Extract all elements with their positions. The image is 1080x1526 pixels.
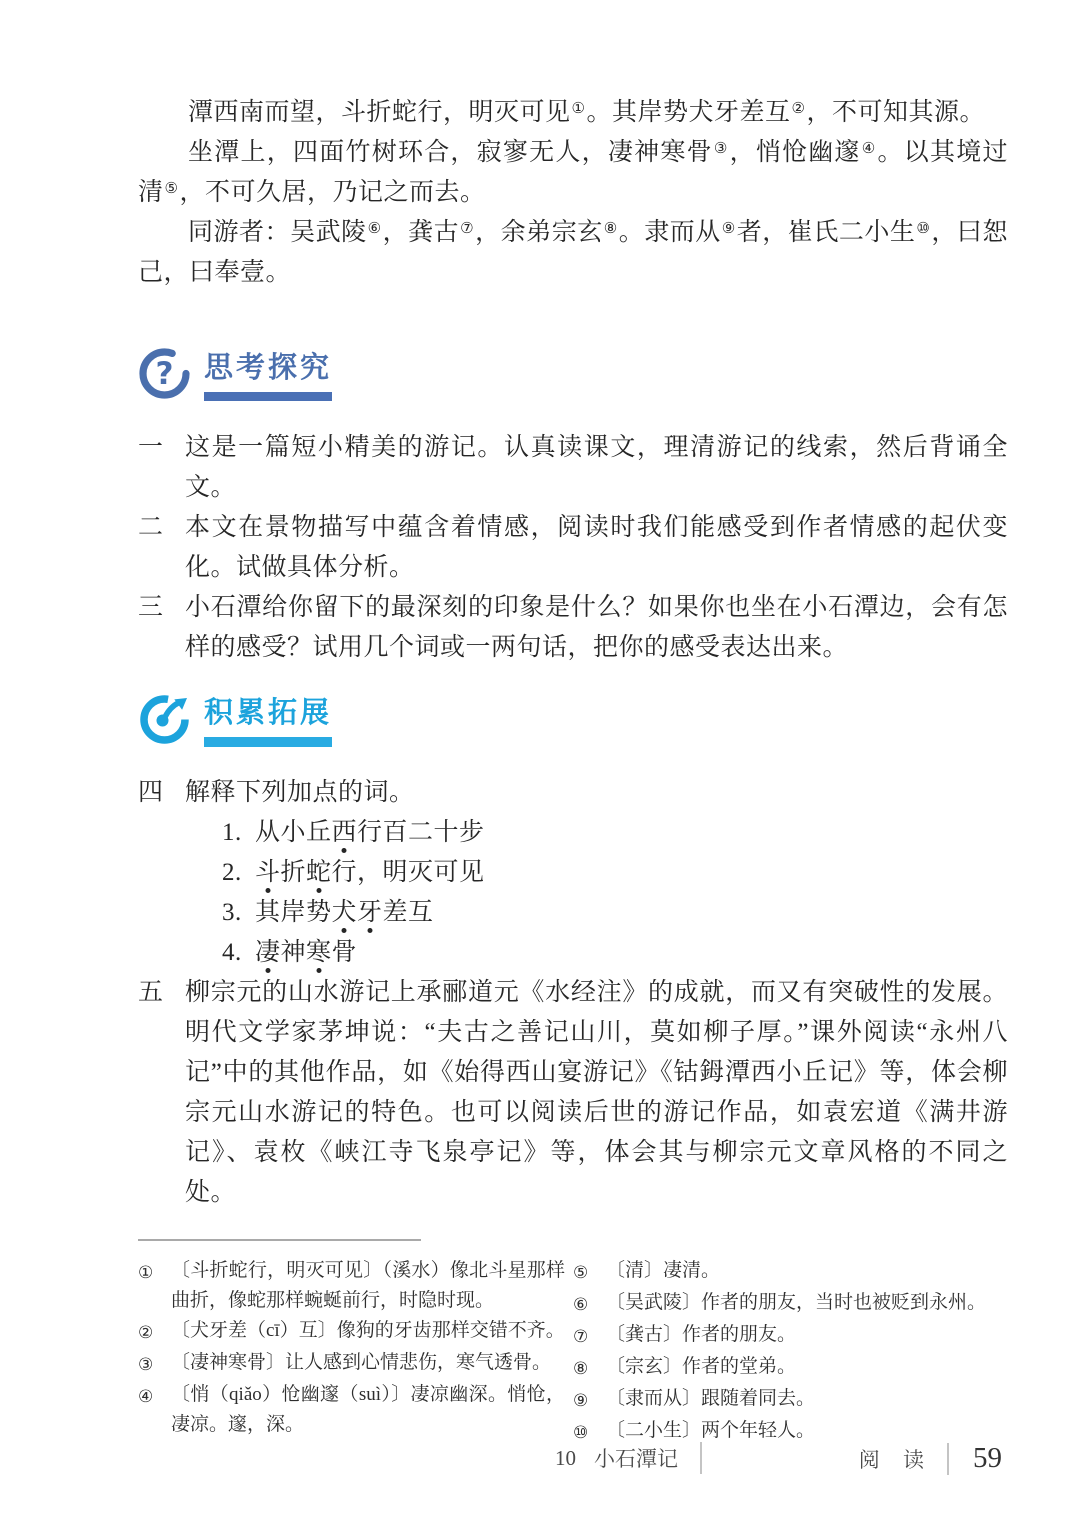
- svg-text:?: ?: [156, 356, 174, 392]
- word-item-4-num: 4.: [222, 933, 255, 973]
- word-item-2-text: 斗折蛇行，明灭可见: [255, 853, 485, 893]
- footnote-2: ② 〔犬牙差（cī）互〕像狗的牙齿那样交错不齐。: [138, 1316, 565, 1348]
- lesson-title: 小石潭记: [594, 1443, 678, 1473]
- course-paragraph-1: 潭西南而望，斗折蛇行，明灭可见①。其岸势犬牙差互②，不可知其源。: [138, 93, 1008, 133]
- expand-title-underline: [204, 737, 332, 747]
- page-footer: 10 小石潭记 阅 读 59: [138, 1440, 1008, 1486]
- question-circle-icon: ?: [138, 347, 191, 400]
- textbook-page: 潭西南而望，斗折蛇行，明灭可见①。其岸势犬牙差互②，不可知其源。 坐潭上，四面竹…: [0, 0, 1080, 1526]
- word-item-4-text: 凄神寒骨: [255, 933, 357, 973]
- expand-title-wrap: 积累拓展: [204, 692, 332, 747]
- footnote-8: ⑧ 〔宗玄〕作者的堂弟。: [573, 1352, 1008, 1384]
- think-title-wrap: 思考探究: [204, 347, 332, 401]
- question-5-text: 柳宗元的山水游记上承郦道元《水经注》的成就，而又有突破性的发展。明代文学家茅坤说…: [185, 973, 1008, 1213]
- accumulate-expand-header: 积累拓展: [138, 692, 1008, 747]
- footnote-3-text: 〔凄神寒骨〕让人感到心情悲伤，寒气透骨。: [171, 1348, 565, 1380]
- footnote-5-text: 〔清〕凄清。: [606, 1256, 1008, 1288]
- course-paragraph-2: 坐潭上，四面竹树环合，寂寥无人，凄神寒骨③，悄怆幽邃④。以其境过清⑤，不可久居，…: [138, 133, 1008, 213]
- footnote-4-text: 〔悄（qiǎo）怆幽邃（suì）〕凄凉幽深。悄怆，凄凉。邃，深。: [171, 1380, 565, 1440]
- footnote-7-num: ⑦: [573, 1320, 606, 1352]
- question-4-body: 解释下列加点的词。 1. 从小丘西行百二十步 2. 斗折蛇行，明灭可见 3. 其…: [185, 773, 1008, 973]
- question-3-label: 三: [138, 588, 185, 668]
- footnote-9: ⑨ 〔隶而从〕跟随着同去。: [573, 1384, 1008, 1416]
- word-item-3-num: 3.: [222, 893, 255, 933]
- question-4-items: 1. 从小丘西行百二十步 2. 斗折蛇行，明灭可见 3. 其岸势犬牙差互 4. …: [185, 813, 1008, 973]
- question-4: 四 解释下列加点的词。 1. 从小丘西行百二十步 2. 斗折蛇行，明灭可见 3.…: [138, 773, 1008, 973]
- footer-page-info: 阅 读 59: [859, 1442, 1002, 1475]
- question-1-text: 这是一篇短小精美的游记。认真读课文，理清游记的线索，然后背诵全文。: [185, 428, 1008, 508]
- section-think-explore: ? 思考探究 一 这是一篇短小精美的游记。认真读课文，理清游记的线索，然后背诵全…: [138, 347, 1008, 668]
- question-2-label: 二: [138, 508, 185, 588]
- section-title-expand: 积累拓展: [204, 694, 332, 732]
- footnote-7-text: 〔龚古〕作者的朋友。: [606, 1320, 1008, 1352]
- word-item-1: 1. 从小丘西行百二十步: [222, 813, 1008, 853]
- question-4-label: 四: [138, 773, 185, 973]
- question-5-label: 五: [138, 973, 185, 1213]
- footnote-1-num: ①: [138, 1256, 171, 1316]
- cycle-arrow-icon: [138, 692, 191, 745]
- word-item-2: 2. 斗折蛇行，明灭可见: [222, 853, 1008, 893]
- course-paragraph-3: 同游者：吴武陵⑥，龚古⑦，余弟宗玄⑧。隶而从⑨者，崔氏二小生⑩，曰恕己，曰奉壹。: [138, 213, 1008, 293]
- footnote-4: ④ 〔悄（qiǎo）怆幽邃（suì）〕凄凉幽深。悄怆，凄凉。邃，深。: [138, 1380, 565, 1440]
- word-item-1-num: 1.: [222, 813, 255, 853]
- think-question-list: 一 这是一篇短小精美的游记。认真读课文，理清游记的线索，然后背诵全文。 二 本文…: [138, 428, 1008, 668]
- footnote-9-num: ⑨: [573, 1384, 606, 1416]
- footer-divider-left: [700, 1442, 702, 1474]
- course-text: 潭西南而望，斗折蛇行，明灭可见①。其岸势犬牙差互②，不可知其源。 坐潭上，四面竹…: [138, 93, 1008, 293]
- footnote-4-num: ④: [138, 1380, 171, 1440]
- word-item-4: 4. 凄神寒骨: [222, 933, 1008, 973]
- question-1-label: 一: [138, 428, 185, 508]
- footnote-5-num: ⑤: [573, 1256, 606, 1288]
- question-3: 三 小石潭给你留下的最深刻的印象是什么？如果你也坐在小石潭边，会有怎样的感受？试…: [138, 588, 1008, 668]
- footnotes: ① 〔斗折蛇行，明灭可见〕（溪水）像北斗星那样曲折，像蛇那样蜿蜒前行，时隐时现。…: [138, 1239, 1008, 1448]
- footnote-2-num: ②: [138, 1316, 171, 1348]
- word-item-2-num: 2.: [222, 853, 255, 893]
- footnote-1-text: 〔斗折蛇行，明灭可见〕（溪水）像北斗星那样曲折，像蛇那样蜿蜒前行，时隐时现。: [171, 1256, 565, 1316]
- footer-divider-right: [947, 1443, 949, 1475]
- footnote-9-text: 〔隶而从〕跟随着同去。: [606, 1384, 1008, 1416]
- word-item-3: 3. 其岸势犬牙差互: [222, 893, 1008, 933]
- word-item-1-text: 从小丘西行百二十步: [255, 813, 485, 853]
- question-5: 五 柳宗元的山水游记上承郦道元《水经注》的成就，而又有突破性的发展。明代文学家茅…: [138, 973, 1008, 1213]
- footnote-2-text: 〔犬牙差（cī）互〕像狗的牙齿那样交错不齐。: [171, 1316, 565, 1348]
- footnote-3: ③ 〔凄神寒骨〕让人感到心情悲伤，寒气透骨。: [138, 1348, 565, 1380]
- footnote-divider: [138, 1239, 421, 1241]
- footnote-column-right: ⑤ 〔清〕凄清。 ⑥ 〔吴武陵〕作者的朋友，当时也被贬到永州。 ⑦ 〔龚古〕作者…: [573, 1256, 1008, 1448]
- footnote-5: ⑤ 〔清〕凄清。: [573, 1256, 1008, 1288]
- unit-section-label: 阅 读: [859, 1444, 933, 1474]
- section-accumulate-expand: 积累拓展 四 解释下列加点的词。 1. 从小丘西行百二十步 2. 斗折蛇行，明灭…: [138, 692, 1008, 1213]
- footnote-6: ⑥ 〔吴武陵〕作者的朋友，当时也被贬到永州。: [573, 1288, 1008, 1320]
- footnote-8-text: 〔宗玄〕作者的堂弟。: [606, 1352, 1008, 1384]
- lesson-number: 10: [555, 1446, 576, 1471]
- footnote-column-left: ① 〔斗折蛇行，明灭可见〕（溪水）像北斗星那样曲折，像蛇那样蜿蜒前行，时隐时现。…: [138, 1256, 565, 1448]
- think-explore-header: ? 思考探究: [138, 347, 1008, 401]
- word-item-3-text: 其岸势犬牙差互: [255, 893, 434, 933]
- question-3-text: 小石潭给你留下的最深刻的印象是什么？如果你也坐在小石潭边，会有怎样的感受？试用几…: [185, 588, 1008, 668]
- section-title-think: 思考探究: [204, 349, 332, 387]
- footer-lesson: 10 小石潭记: [555, 1442, 702, 1474]
- question-2: 二 本文在景物描写中蕴含着情感，阅读时我们能感受到作者情感的起伏变化。试做具体分…: [138, 508, 1008, 588]
- footnote-6-text: 〔吴武陵〕作者的朋友，当时也被贬到永州。: [606, 1288, 1008, 1320]
- footnote-7: ⑦ 〔龚古〕作者的朋友。: [573, 1320, 1008, 1352]
- footnote-columns: ① 〔斗折蛇行，明灭可见〕（溪水）像北斗星那样曲折，像蛇那样蜿蜒前行，时隐时现。…: [138, 1256, 1008, 1448]
- footnote-6-num: ⑥: [573, 1288, 606, 1320]
- question-4-text: 解释下列加点的词。: [185, 773, 1008, 813]
- think-title-underline: [204, 392, 332, 401]
- footnote-8-num: ⑧: [573, 1352, 606, 1384]
- footnote-1: ① 〔斗折蛇行，明灭可见〕（溪水）像北斗星那样曲折，像蛇那样蜿蜒前行，时隐时现。: [138, 1256, 565, 1316]
- question-1: 一 这是一篇短小精美的游记。认真读课文，理清游记的线索，然后背诵全文。: [138, 428, 1008, 508]
- question-2-text: 本文在景物描写中蕴含着情感，阅读时我们能感受到作者情感的起伏变化。试做具体分析。: [185, 508, 1008, 588]
- footnote-3-num: ③: [138, 1348, 171, 1380]
- page-number: 59: [973, 1442, 1002, 1475]
